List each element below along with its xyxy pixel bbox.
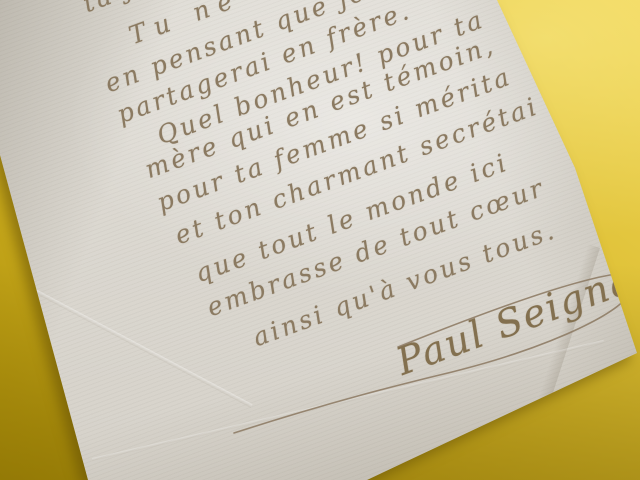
letter-paper: ta joie Tu ne les p en pensant que je pa… [0, 0, 640, 480]
background: { "letter": { "lines": [ "ta joie", "Tu … [0, 0, 640, 480]
paper-shadow: ta joie Tu ne les p en pensant que je pa… [0, 0, 640, 480]
paper-crease-3 [92, 340, 604, 461]
